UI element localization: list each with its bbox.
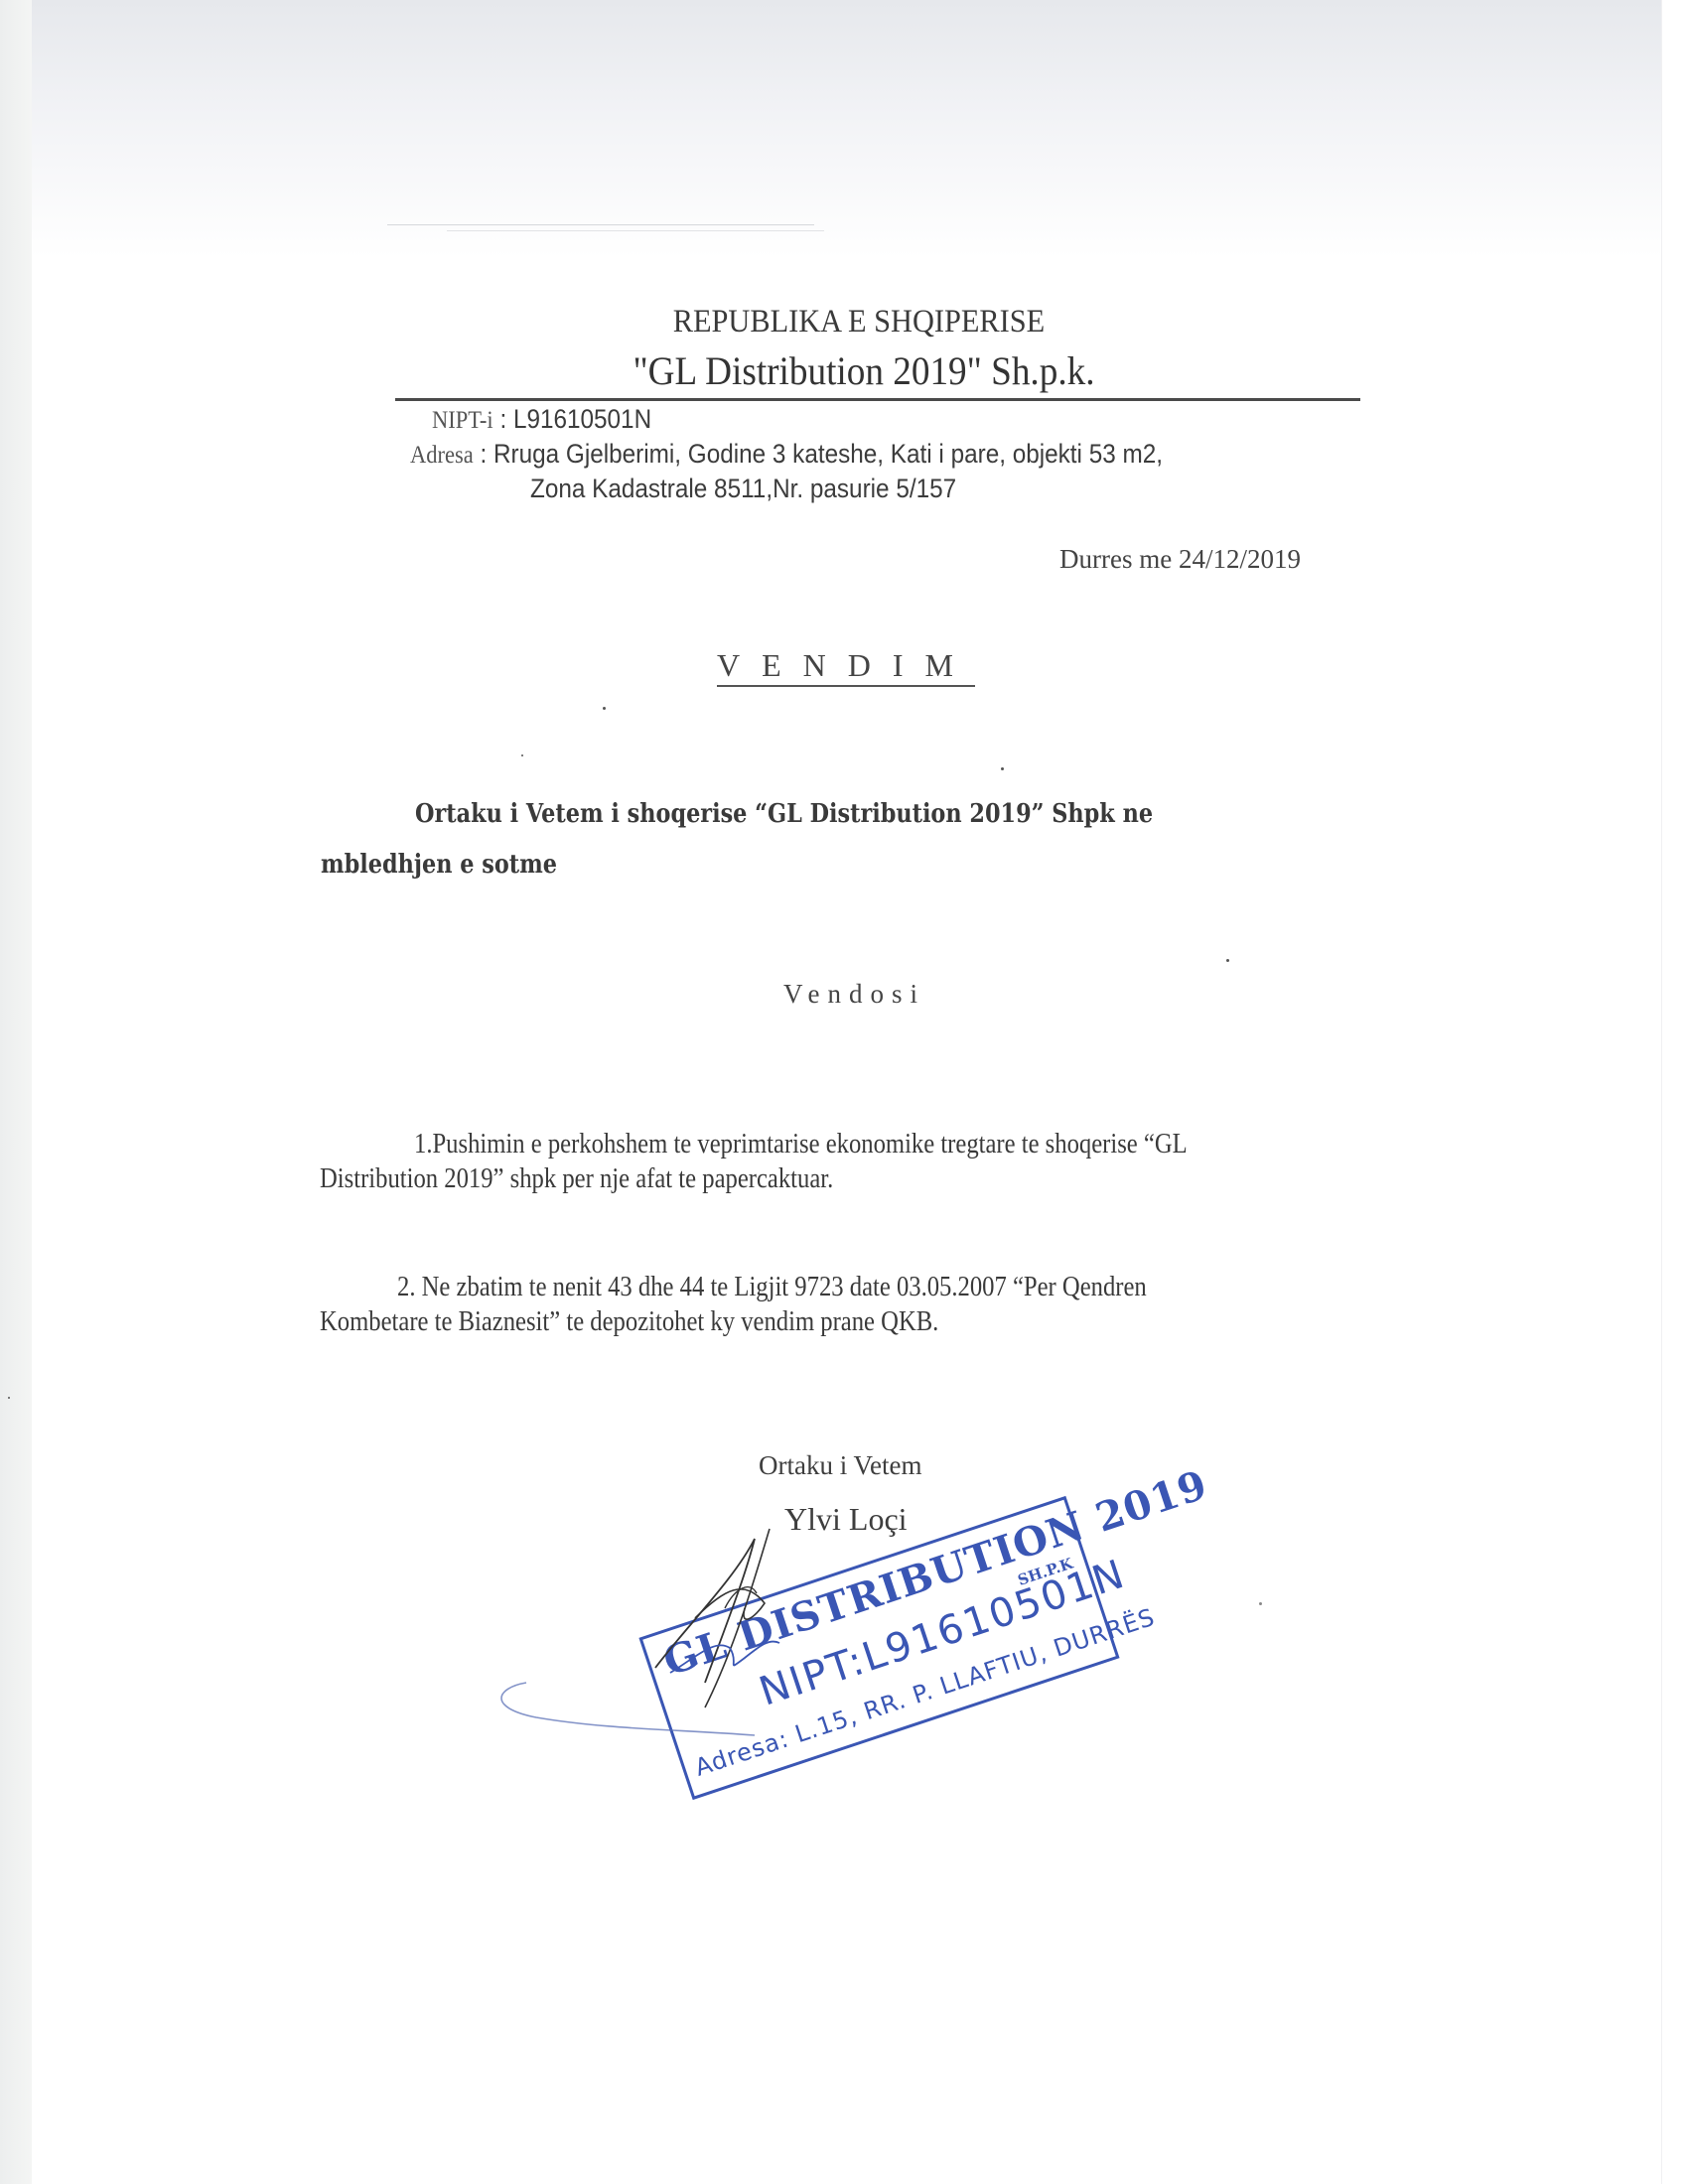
address-line-2: Zona Kadastrale 8511,Nr. pasurie 5/157 [530, 474, 956, 504]
decision-2-line-1: 2. Ne zbatim te nenit 43 dhe 44 te Ligji… [397, 1272, 1147, 1303]
nipt-label: NIPT-i [432, 407, 493, 434]
scan-shading-top [0, 0, 1688, 258]
header-company-name: "GL Distribution 2019" Sh.p.k. [61, 347, 1667, 394]
address-value-1: : Rruga Gjelberimi, Godine 3 kateshe, Ka… [480, 439, 1163, 469]
company-stamp: GL DISTRIBUTION 2019 SH.P.K NIPT:L916105… [638, 1496, 1119, 1800]
intro-line-2: mbledhjen e sotme [321, 850, 557, 880]
intro-line-1: Ortaku i Vetem i shoqerise “GL Distribut… [415, 799, 1153, 829]
decision-1-line-1: 1.Pushimin e perkohshem te veprimtarise … [414, 1129, 1188, 1160]
scan-speck [1259, 1602, 1262, 1605]
nipt-line: NIPT-i : L91610501N [432, 404, 651, 435]
decision-1-line-2: Distribution 2019” shpk per nje afat te … [320, 1163, 833, 1195]
address-label: Adresa [410, 442, 474, 469]
scan-speck [1226, 959, 1229, 962]
document-title: VENDIM [717, 647, 975, 687]
place-date: Durres me 24/12/2019 [1059, 544, 1301, 575]
scan-speck [8, 1397, 10, 1399]
decision-2-line-2: Kombetare te Biaznesit” te depozitohet k… [320, 1306, 938, 1338]
signatory-name: Ylvi Loçi [784, 1501, 908, 1538]
signatory-role: Ortaku i Vetem [759, 1450, 921, 1481]
decided-heading: Vendosi [783, 979, 925, 1010]
scan-speck [603, 707, 606, 710]
scan-speck [521, 754, 523, 756]
header-country: REPUBLIKA E SHQIPERISE [69, 304, 1649, 341]
address-line-1: Adresa : Rruga Gjelberimi, Godine 3 kate… [410, 439, 1163, 470]
nipt-value: : L91610501N [499, 404, 651, 434]
bleed-through-line [387, 224, 814, 225]
scan-edge-right [1661, 0, 1688, 2184]
header-divider [395, 398, 1360, 401]
bleed-through-line [447, 230, 824, 231]
scan-speck [1001, 767, 1004, 770]
scan-edge-left [0, 0, 32, 2184]
